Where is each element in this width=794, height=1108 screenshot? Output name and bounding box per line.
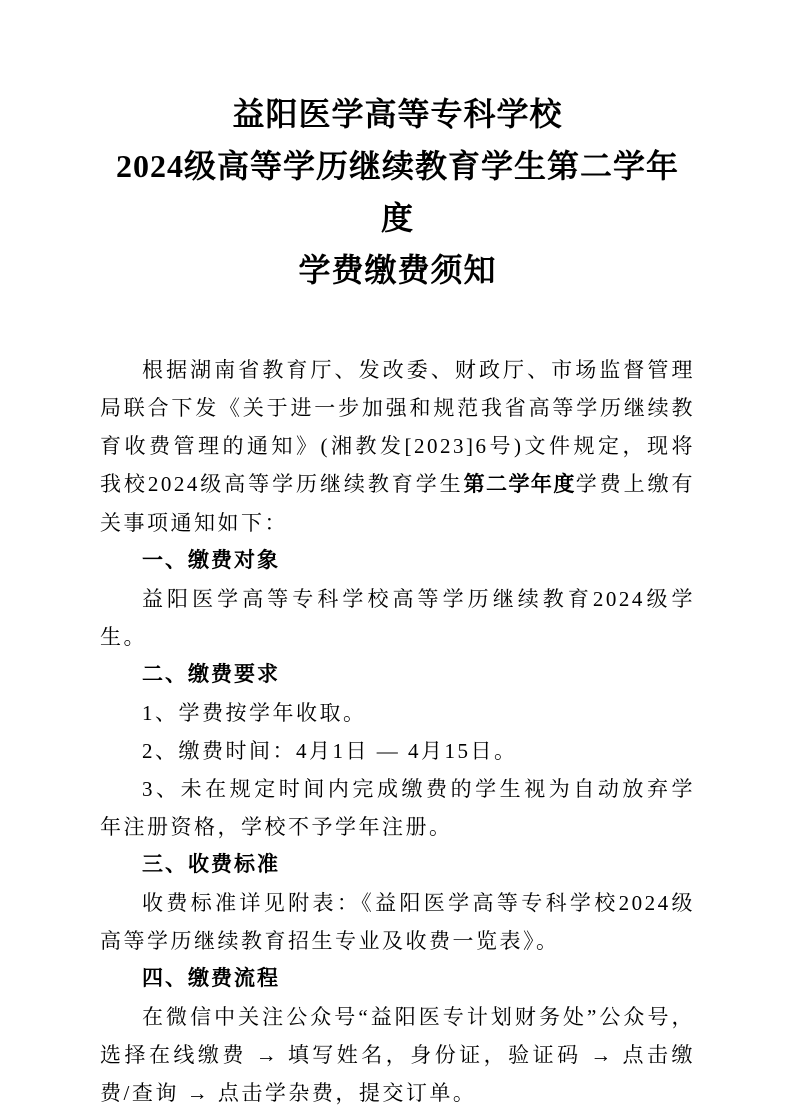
numbered-item-3: 3、未在规定时间内完成缴费的学生视为自动放弃学年注册资格，学校不予学年注册。 xyxy=(100,770,695,846)
numbered-item-1: 1、学费按学年收取。 xyxy=(100,694,695,732)
document-title: 益阳医学高等专科学校 2024级高等学历继续教育学生第二学年度 学费缴费须知 xyxy=(100,88,695,296)
intro-paragraph: 根据湖南省教育厅、发改委、财政厅、市场监督管理局联合下发《关于进一步加强和规范我… xyxy=(100,351,695,542)
section-heading-payment-requirements: 二、缴费要求 xyxy=(100,656,695,694)
section-paragraph: 收费标准详见附表：《益阳医学高等专科学校2024级高等学历继续教育招生专业及收费… xyxy=(100,884,695,960)
section-paragraph: 在微信中关注公众号“益阳医专计划财务处”公众号，选择在线缴费 → 填写姓名，身份… xyxy=(100,998,695,1108)
section-paragraph: 益阳医学高等专科学校高等学历继续教育2024级学生。 xyxy=(100,580,695,656)
title-line-2: 2024级高等学历继续教育学生第二学年度 xyxy=(100,140,695,244)
section-heading-payment-target: 一、缴费对象 xyxy=(100,542,695,580)
title-line-1: 益阳医学高等专科学校 xyxy=(100,88,695,140)
section-heading-payment-process: 四、缴费流程 xyxy=(100,960,695,998)
section-heading-fee-standard: 三、收费标准 xyxy=(100,846,695,884)
title-line-3: 学费缴费须知 xyxy=(100,244,695,296)
document-page: 益阳医学高等专科学校 2024级高等学历继续教育学生第二学年度 学费缴费须知 根… xyxy=(0,0,794,1108)
numbered-item-2: 2、缴费时间：4月1日 — 4月15日。 xyxy=(100,732,695,770)
intro-bold-phrase: 第二学年度 xyxy=(464,473,576,496)
